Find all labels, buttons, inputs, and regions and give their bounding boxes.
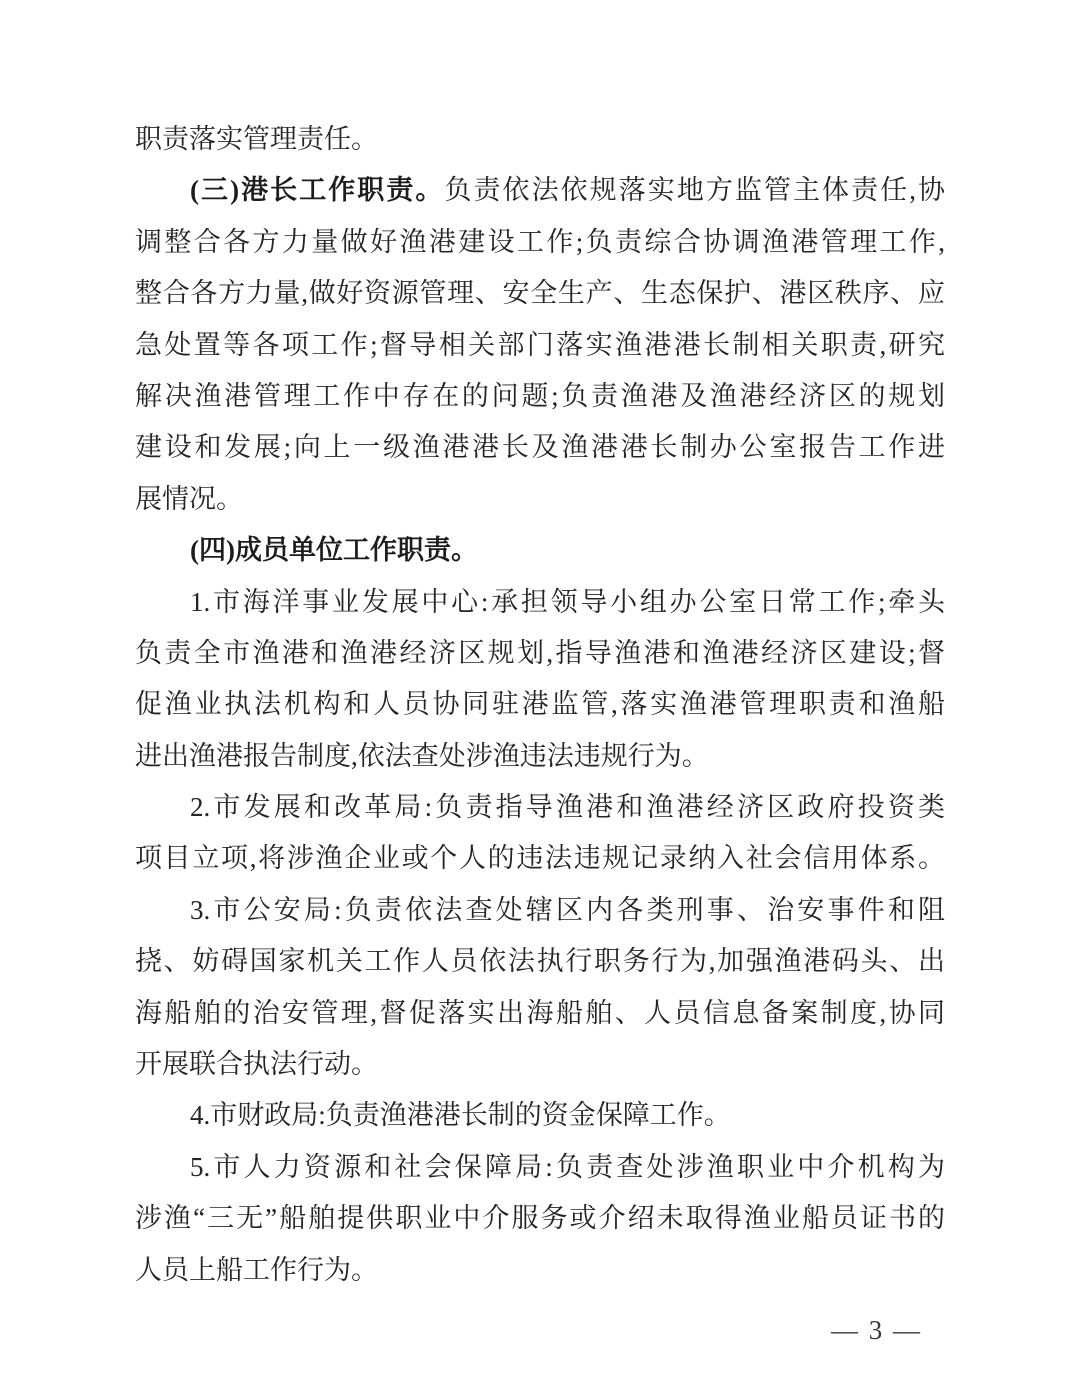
line-text: 开展联合执法行动。 bbox=[135, 1049, 378, 1079]
text-line-section-4-heading: (四)成员单位工作职责。 bbox=[135, 525, 945, 576]
line-text: 急处置等各项工作;督导相关部门落实渔港港长制相关职责,研究 bbox=[135, 330, 945, 360]
line-text: 海船舶的治安管理,督促落实出海船舶、人员信息备案制度,协同 bbox=[135, 998, 945, 1028]
text-line: 职责落实管理责任。 bbox=[135, 114, 945, 165]
line-text: 3.市公安局:负责依法查处辖区内各类刑事、治安事件和阻 bbox=[190, 895, 945, 925]
line-text: 调整合各方力量做好渔港建设工作;负责综合协调渔港管理工作, bbox=[135, 227, 945, 257]
text-line: 展情况。 bbox=[135, 474, 945, 525]
text-line-item-5: 5.市人力资源和社会保障局:负责查处涉渔职业中介机构为 bbox=[135, 1142, 945, 1193]
text-line: 海船舶的治安管理,督促落实出海船舶、人员信息备案制度,协同 bbox=[135, 988, 945, 1039]
line-text: 挠、妨碍国家机关工作人员依法执行职务行为,加强渔港码头、出 bbox=[135, 946, 945, 976]
line-text: 解决渔港管理工作中存在的问题;负责渔港及渔港经济区的规划 bbox=[135, 381, 945, 411]
text-line: 解决渔港管理工作中存在的问题;负责渔港及渔港经济区的规划 bbox=[135, 371, 945, 422]
text-line: 急处置等各项工作;督导相关部门落实渔港港长制相关职责,研究 bbox=[135, 320, 945, 371]
text-line: 促渔业执法机构和人员协同驻港监管,落实渔港管理职责和渔船 bbox=[135, 679, 945, 730]
text-line: 调整合各方力量做好渔港建设工作;负责综合协调渔港管理工作, bbox=[135, 217, 945, 268]
document-body: 职责落实管理责任。 (三)港长工作职责。负责依法依规落实地方监管主体责任,协 调… bbox=[135, 114, 945, 1296]
text-line-item-2: 2.市发展和改革局:负责指导渔港和渔港经济区政府投资类 bbox=[135, 782, 945, 833]
text-line: 整合各方力量,做好资源管理、安全生产、生态保护、港区秩序、应 bbox=[135, 268, 945, 319]
line-text: 2.市发展和改革局:负责指导渔港和渔港经济区政府投资类 bbox=[190, 792, 945, 822]
line-text: 负责依法依规落实地方监管主体责任,协 bbox=[444, 175, 945, 205]
text-line-section-3-heading: (三)港长工作职责。负责依法依规落实地方监管主体责任,协 bbox=[135, 165, 945, 216]
line-text: 展情况。 bbox=[135, 484, 243, 514]
line-text: 1.市海洋事业发展中心:承担领导小组办公室日常工作;牵头 bbox=[190, 587, 945, 617]
text-line: 涉渔“三无”船舶提供职业中介服务或介绍未取得渔业船员证书的 bbox=[135, 1193, 945, 1244]
text-line: 人员上船工作行为。 bbox=[135, 1245, 945, 1296]
line-text: 整合各方力量,做好资源管理、安全生产、生态保护、港区秩序、应 bbox=[135, 278, 945, 308]
text-line-item-3: 3.市公安局:负责依法查处辖区内各类刑事、治安事件和阻 bbox=[135, 885, 945, 936]
line-text: 进出渔港报告制度,依法查处涉渔违法违规行为。 bbox=[135, 741, 709, 771]
text-line: 建设和发展;向上一级渔港港长及渔港港长制办公室报告工作进 bbox=[135, 422, 945, 473]
text-line-item-1: 1.市海洋事业发展中心:承担领导小组办公室日常工作;牵头 bbox=[135, 577, 945, 628]
page-number: — 3 — bbox=[831, 1312, 922, 1348]
line-text: 5.市人力资源和社会保障局:负责查处涉渔职业中介机构为 bbox=[190, 1152, 945, 1182]
line-text: 人员上船工作行为。 bbox=[135, 1255, 378, 1285]
line-text: 4.市财政局:负责渔港港长制的资金保障工作。 bbox=[190, 1100, 731, 1130]
line-text: 建设和发展;向上一级渔港港长及渔港港长制办公室报告工作进 bbox=[135, 432, 945, 462]
line-text: 项目立项,将涉渔企业或个人的违法违规记录纳入社会信用体系。 bbox=[135, 843, 945, 873]
text-line-item-4: 4.市财政局:负责渔港港长制的资金保障工作。 bbox=[135, 1090, 945, 1141]
document-page: 职责落实管理责任。 (三)港长工作职责。负责依法依规落实地方监管主体责任,协 调… bbox=[0, 0, 1080, 1400]
text-line: 挠、妨碍国家机关工作人员依法执行职务行为,加强渔港码头、出 bbox=[135, 936, 945, 987]
heading-text: (四)成员单位工作职责。 bbox=[190, 535, 478, 565]
line-text: 促渔业执法机构和人员协同驻港监管,落实渔港管理职责和渔船 bbox=[135, 689, 945, 719]
line-text: 职责落实管理责任。 bbox=[135, 124, 378, 154]
text-line: 进出渔港报告制度,依法查处涉渔违法违规行为。 bbox=[135, 731, 945, 782]
text-line: 项目立项,将涉渔企业或个人的违法违规记录纳入社会信用体系。 bbox=[135, 833, 945, 884]
line-text: 涉渔“三无”船舶提供职业中介服务或介绍未取得渔业船员证书的 bbox=[135, 1203, 945, 1233]
line-text: 负责全市渔港和渔港经济区规划,指导渔港和渔港经济区建设;督 bbox=[135, 638, 945, 668]
heading-text: (三)港长工作职责。 bbox=[190, 175, 444, 205]
text-line: 开展联合执法行动。 bbox=[135, 1039, 945, 1090]
text-line: 负责全市渔港和渔港经济区规划,指导渔港和渔港经济区建设;督 bbox=[135, 628, 945, 679]
